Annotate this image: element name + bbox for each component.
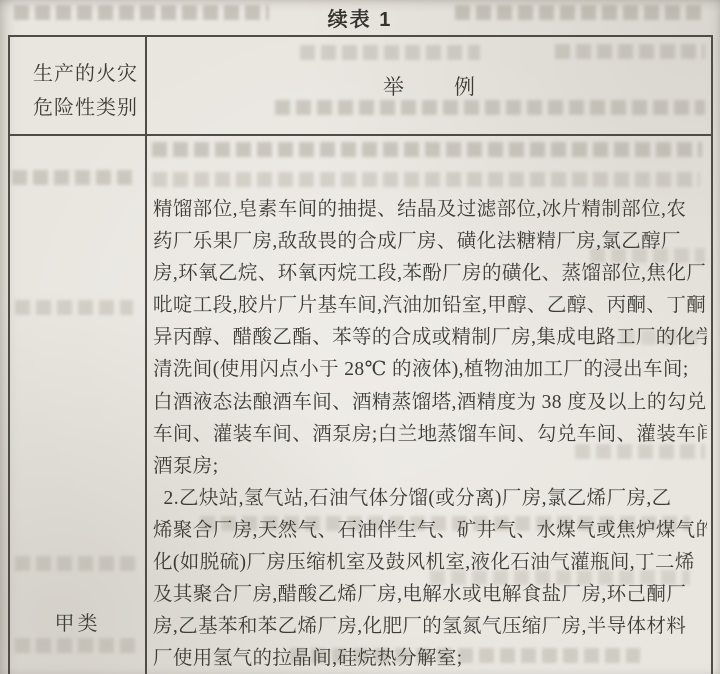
example-text-line: 清洗间(使用闪点小于 28℃ 的液体),植物油加工厂的浸出车间; <box>153 354 707 386</box>
header-category-cell: 生产的火灾 危险性类别 <box>10 37 147 134</box>
example-text-line: 药厂乐果厂房,敌敌畏的合成厂房、磺化法糖精厂房,氯乙醇厂 <box>153 226 707 258</box>
example-text-line: 吡啶工段,胶片厂片基车间,汽油加铅室,甲醇、乙醇、丙酮、丁酮 <box>153 290 707 322</box>
header-category-line2: 危险性类别 <box>33 91 145 125</box>
example-text-line: 精馏部位,皂素车间的抽提、结晶及过滤部位,冰片精制部位,农 <box>153 194 707 226</box>
example-text-line: 白酒液态法酿酒车间、酒精蒸馏塔,酒精度为 38 度及以上的勾兑 <box>153 387 707 419</box>
header-examples-char1: 举 <box>383 71 404 101</box>
example-text-line: 房,环氧乙烷、环氧丙烷工段,苯酚厂房的磺化、蒸馏部位,焦化厂 <box>153 258 707 290</box>
scanned-document-page: 续表 1 生产的火灾 危险性类别 举 例 甲类 精馏部位,皂素车间的抽提、结晶及… <box>0 0 720 674</box>
category-label: 甲类 <box>10 607 145 636</box>
fire-hazard-table: 生产的火灾 危险性类别 举 例 甲类 精馏部位,皂素车间的抽提、结晶及过滤部位,… <box>8 35 713 674</box>
example-text-line: 2.乙炔站,氢气站,石油气体分馏(或分离)厂房,氯乙烯厂房,乙 <box>153 483 707 515</box>
category-cell: 甲类 <box>10 136 147 674</box>
examples-text: 精馏部位,皂素车间的抽提、结晶及过滤部位,冰片精制部位,农药厂乐果厂房,敌敌畏的… <box>147 136 711 674</box>
table-header-row: 生产的火灾 危险性类别 举 例 <box>10 37 711 136</box>
example-text-line: 化(如脱硫)厂房压缩机室及鼓风机室,液化石油气灌瓶间,丁二烯 <box>153 547 707 579</box>
example-text-line: 异丙醇、醋酸乙酯、苯等的合成或精制厂房,集成电路工厂的化学 <box>153 322 707 354</box>
example-text-line: 酒泵房; <box>153 451 707 483</box>
header-category-line1: 生产的火灾 <box>33 57 145 91</box>
header-examples-char2: 例 <box>454 71 475 101</box>
page-title: 续表 1 <box>0 3 720 32</box>
example-text-line: 及其聚合厂房,醋酸乙烯厂房,电解水或电解食盐厂房,环己酮厂 <box>153 579 707 611</box>
example-text-line: 房,乙基苯和苯乙烯厂房,化肥厂的氢氮气压缩厂房,半导体材料 <box>153 611 707 643</box>
table-body-row: 甲类 精馏部位,皂素车间的抽提、结晶及过滤部位,冰片精制部位,农药厂乐果厂房,敌… <box>10 136 711 674</box>
example-text-line: 厂使用氢气的拉晶间,硅烷热分解室; <box>153 643 707 674</box>
example-text-line: 烯聚合厂房,天然气、石油伴生气、矿井气、水煤气或焦炉煤气的净 <box>153 515 707 547</box>
examples-cell: 精馏部位,皂素车间的抽提、结晶及过滤部位,冰片精制部位,农药厂乐果厂房,敌敌畏的… <box>147 136 711 674</box>
example-text-line: 车间、灌装车间、酒泵房;白兰地蒸馏车间、勾兑车间、灌装车间、 <box>153 419 707 451</box>
header-examples-cell: 举 例 <box>147 37 711 134</box>
